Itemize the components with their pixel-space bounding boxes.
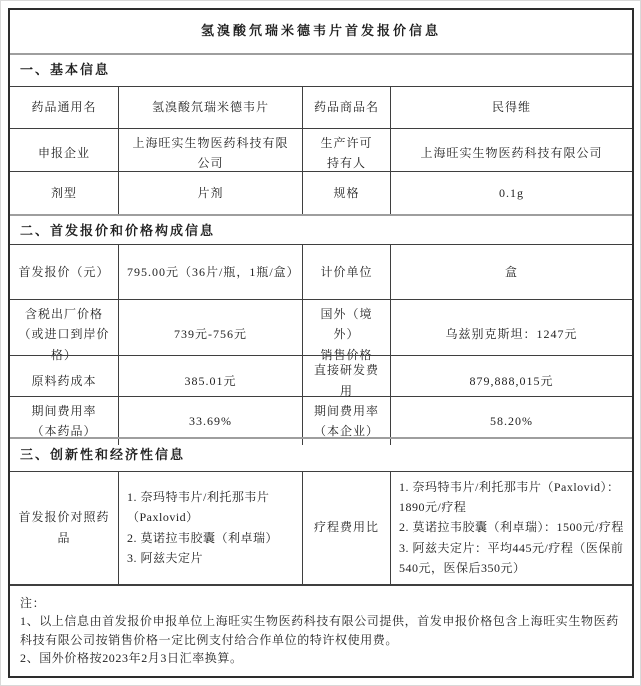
label-course-cost-ratio: 疗程费用比 [302, 472, 390, 584]
section-1-heading-row: 一、基本信息 [10, 53, 632, 86]
table-row-comparator-drugs: 首发报价对照药品 1. 奈玛特韦片/利托那韦片 （Paxlovid） 2. 莫诺… [10, 471, 632, 584]
table-row-applicant: 申报企业 上海旺实生物医药科技有限公司 生产许可 持有人 上海旺实生物医药科技有… [10, 128, 632, 171]
table-row-dosage-form: 剂型 片剂 规格 0.1g [10, 171, 632, 214]
value-generic-name: 氢溴酸氘瑞米德韦片 [118, 87, 302, 128]
value-dosage-form: 片剂 [118, 172, 302, 214]
table-row-expense-ratio: 期间费用率 （本药品） 33.69% 期间费用率 （本企业） 58.20% [10, 396, 632, 437]
table-row-generic-name: 药品通用名 氢溴酸氘瑞米德韦片 药品商品名 民得维 [10, 86, 632, 128]
document-title: 氢溴酸氘瑞米德韦片首发报价信息 [10, 10, 632, 53]
section-2-heading: 二、首发报价和价格构成信息 [10, 216, 632, 246]
note-1: 1、以上信息由首发报价申报单位上海旺实生物医药科技有限公司提供，首发申报价格包含… [20, 612, 622, 649]
notes-block: 注： 1、以上信息由首发报价申报单位上海旺实生物医药科技有限公司提供，首发申报价… [10, 586, 632, 676]
value-course-cost-ratio: 1. 奈玛特韦片/利托那韦片（Paxlovid）：1890元/疗程 2. 莫诺拉… [390, 472, 632, 584]
document-page: 氢溴酸氘瑞米德韦片首发报价信息 一、基本信息 药品通用名 氢溴酸氘瑞米德韦片 药… [0, 0, 641, 686]
table-row-api-cost: 原料药成本 385.01元 直接研发费用 879,888,015元 [10, 355, 632, 395]
section-1-heading: 一、基本信息 [10, 55, 632, 86]
label-initial-price: 首发报价（元） [10, 245, 118, 299]
value-brand-name: 民得维 [390, 87, 632, 128]
table-row-initial-price: 首发报价（元） 795.00元（36片/瓶，1瓶/盒） 计价单位 盒 [10, 244, 632, 299]
price-disclosure-table: 氢溴酸氘瑞米德韦片首发报价信息 一、基本信息 药品通用名 氢溴酸氘瑞米德韦片 药… [8, 8, 634, 678]
section-2-heading-row: 二、首发报价和价格构成信息 [10, 214, 632, 244]
label-pricing-unit: 计价单位 [302, 245, 390, 299]
label-strength: 规格 [302, 172, 390, 214]
notes-row: 注： 1、以上信息由首发报价申报单位上海旺实生物医药科技有限公司提供，首发申报价… [10, 584, 632, 676]
value-comparator-drugs: 1. 奈玛特韦片/利托那韦片 （Paxlovid） 2. 莫诺拉韦胶囊（利卓瑞）… [118, 472, 302, 584]
title-row: 氢溴酸氘瑞米德韦片首发报价信息 [10, 10, 632, 53]
section-3-heading-row: 三、创新性和经济性信息 [10, 437, 632, 471]
label-dosage-form: 剂型 [10, 172, 118, 214]
value-pricing-unit: 盒 [390, 245, 632, 299]
label-comparator-drugs: 首发报价对照药品 [10, 472, 118, 584]
value-strength: 0.1g [390, 172, 632, 214]
table-row-exfactory-price: 含税出厂价格 （或进口到岸价格） 739元-756元 国外（境外） 销售价格 乌… [10, 299, 632, 355]
section-3-heading: 三、创新性和经济性信息 [10, 439, 632, 471]
note-header: 注： [20, 594, 622, 613]
label-brand-name: 药品商品名 [302, 87, 390, 128]
value-initial-price: 795.00元（36片/瓶，1瓶/盒） [118, 245, 302, 299]
note-2: 2、国外价格按2023年2月3日汇率换算。 [20, 649, 622, 668]
label-generic-name: 药品通用名 [10, 87, 118, 128]
